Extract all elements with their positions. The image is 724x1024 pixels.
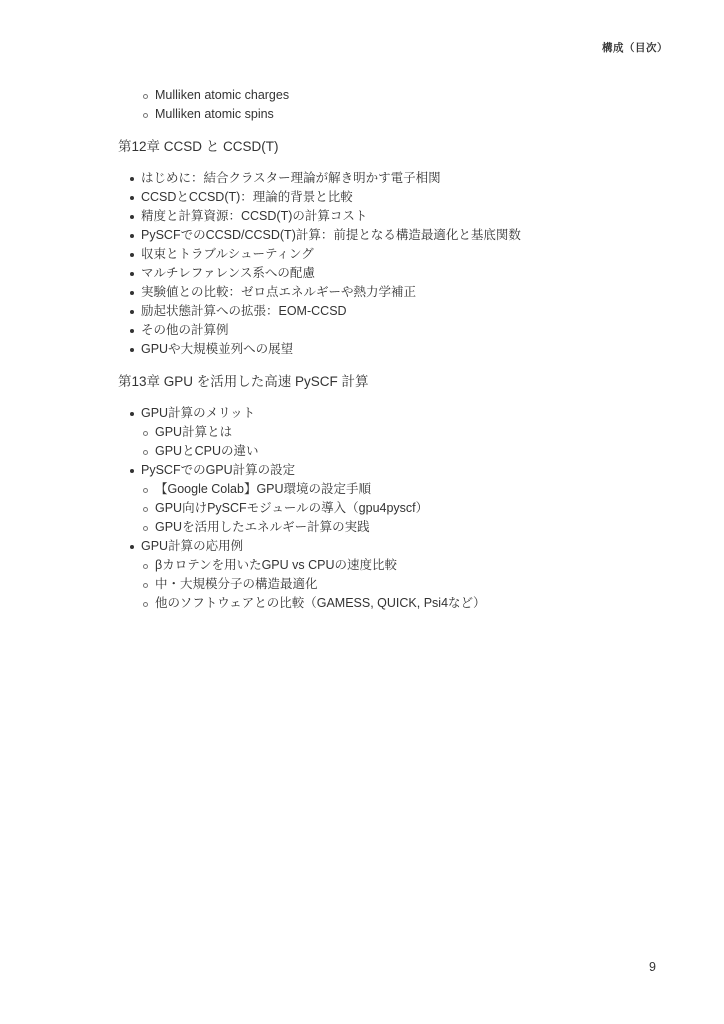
toc-item: CCSDとCCSD(T)：理論的背景と比較 [118,188,688,207]
toc-item-label: Mulliken atomic charges [155,86,289,105]
document-page: 構成（目次） Mulliken atomic chargesMulliken a… [0,0,724,1024]
bullet-icon [130,348,134,352]
toc-item-label: 励起状態計算への拡張：EOM-CCSD [141,302,347,321]
bullet-icon [130,177,134,181]
toc-item: GPUを活用したエネルギー計算の実践 [118,518,688,537]
toc-item-label: Mulliken atomic spins [155,105,274,124]
bullet-icon [130,253,134,257]
toc-item: βカロテンを用いたGPU vs CPUの速度比較 [118,556,688,575]
toc-item: はじめに：結合クラスター理論が解き明かす電子相関 [118,169,688,188]
toc-item: GPU計算のメリット [118,404,688,423]
circle-bullet-icon [143,431,148,436]
toc-item-label: CCSDとCCSD(T)：理論的背景と比較 [141,188,353,207]
toc-item: PySCFでのCCSD/CCSD(T)計算：前提となる構造最適化と基底関数 [118,226,688,245]
toc-item: PySCFでのGPU計算の設定 [118,461,688,480]
toc: Mulliken atomic chargesMulliken atomic s… [118,86,688,613]
toc-item: Mulliken atomic charges [118,86,688,105]
bullet-icon [130,469,134,473]
bullet-list: Mulliken atomic chargesMulliken atomic s… [118,86,688,124]
toc-item: GPUとCPUの違い [118,442,688,461]
chapter-heading: 第13章 GPU を活用した高速 PySCF 計算 [118,372,688,391]
toc-item: 励起状態計算への拡張：EOM-CCSD [118,302,688,321]
page-number: 9 [649,960,656,974]
toc-item: マルチレファレンス系への配慮 [118,264,688,283]
toc-item: 実験値との比較：ゼロ点エネルギーや熱力学補正 [118,283,688,302]
toc-item-label: GPU向けPySCFモジュールの導入（gpu4pyscf） [155,499,428,518]
bullet-icon [130,310,134,314]
circle-bullet-icon [143,526,148,531]
toc-item-label: PySCFでのGPU計算の設定 [141,461,295,480]
toc-item: Mulliken atomic spins [118,105,688,124]
toc-item-label: その他の計算例 [141,321,229,340]
toc-item-label: 他のソフトウェアとの比較（GAMESS, QUICK, Psi4など） [155,594,486,613]
chapter-heading: 第12章 CCSD と CCSD(T) [118,137,688,156]
toc-item-label: GPUや大規模並列への展望 [141,340,293,359]
bullet-icon [130,215,134,219]
toc-item-label: 中・大規模分子の構造最適化 [155,575,318,594]
bullet-icon [130,412,134,416]
toc-item-label: マルチレファレンス系への配慮 [141,264,315,283]
toc-item-label: 精度と計算資源：CCSD(T)の計算コスト [141,207,367,226]
toc-item: GPU向けPySCFモジュールの導入（gpu4pyscf） [118,499,688,518]
toc-item-label: GPU計算の応用例 [141,537,243,556]
bullet-icon [130,329,134,333]
circle-bullet-icon [143,507,148,512]
toc-item-label: GPUとCPUの違い [155,442,258,461]
circle-bullet-icon [143,450,148,455]
toc-item: 精度と計算資源：CCSD(T)の計算コスト [118,207,688,226]
bullet-list: GPU計算のメリットGPU計算とはGPUとCPUの違いPySCFでのGPU計算の… [118,404,688,613]
toc-item-label: PySCFでのCCSD/CCSD(T)計算：前提となる構造最適化と基底関数 [141,226,521,245]
bullet-icon [130,291,134,295]
toc-item-label: βカロテンを用いたGPU vs CPUの速度比較 [155,556,397,575]
toc-item-label: GPUを活用したエネルギー計算の実践 [155,518,370,537]
circle-bullet-icon [143,488,148,493]
toc-item-label: 収束とトラブルシューティング [141,245,314,264]
circle-bullet-icon [143,602,148,607]
bullet-icon [130,545,134,549]
toc-item: GPUや大規模並列への展望 [118,340,688,359]
toc-item-label: 【Google Colab】GPU環境の設定手順 [155,480,371,499]
circle-bullet-icon [143,583,148,588]
bullet-icon [130,272,134,276]
circle-bullet-icon [143,94,148,99]
toc-item: 他のソフトウェアとの比較（GAMESS, QUICK, Psi4など） [118,594,688,613]
circle-bullet-icon [143,564,148,569]
toc-item-label: GPU計算のメリット [141,404,255,423]
bullet-list: はじめに：結合クラスター理論が解き明かす電子相関CCSDとCCSD(T)：理論的… [118,169,688,359]
toc-item-label: GPU計算とは [155,423,232,442]
toc-item-label: 実験値との比較：ゼロ点エネルギーや熱力学補正 [141,283,416,302]
toc-item: 収束とトラブルシューティング [118,245,688,264]
document-header: 構成（目次） [602,40,668,55]
toc-item: GPU計算とは [118,423,688,442]
toc-item-label: はじめに：結合クラスター理論が解き明かす電子相関 [141,169,441,188]
toc-item: 【Google Colab】GPU環境の設定手順 [118,480,688,499]
toc-item: その他の計算例 [118,321,688,340]
bullet-icon [130,234,134,238]
toc-item: 中・大規模分子の構造最適化 [118,575,688,594]
circle-bullet-icon [143,113,148,118]
toc-item: GPU計算の応用例 [118,537,688,556]
bullet-icon [130,196,134,200]
